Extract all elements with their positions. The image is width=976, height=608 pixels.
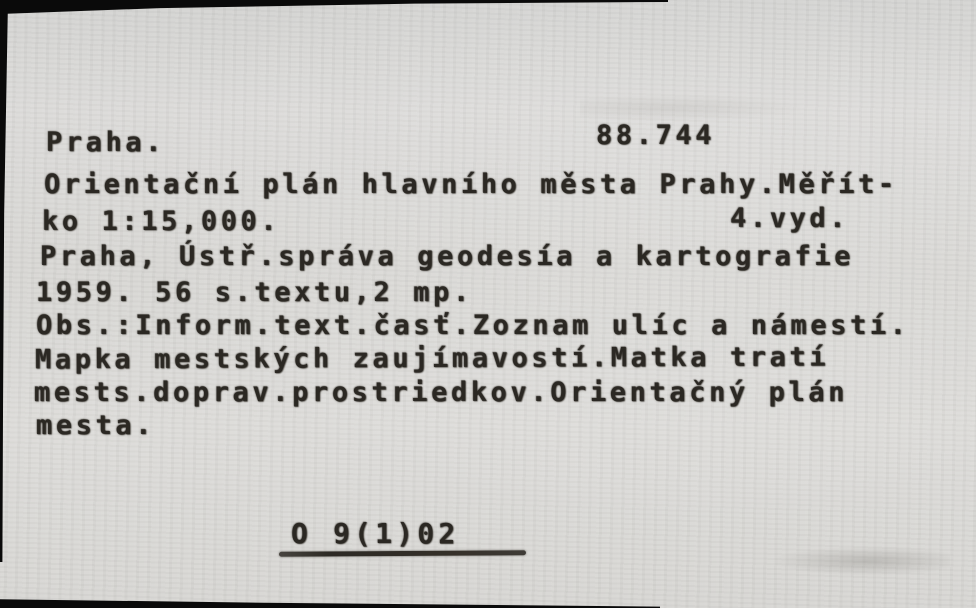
edition-statement: 4.vyd. [730, 203, 849, 234]
call-number: 88.744 [596, 120, 715, 151]
title-line-1: Orientační plán hlavního města Prahy.Měř… [44, 169, 898, 200]
catalog-card-scan: 88.744 Praha. Orientační plán hlavního m… [0, 0, 976, 608]
imprint-line-1: Praha, Ústř.správa geodesía a kartografi… [40, 241, 854, 272]
scan-smudge [580, 95, 800, 121]
title-line-2: ko 1:15,000. [42, 206, 280, 237]
note-line-3: mests.doprav.prostriedkov.Orientačný plá… [34, 377, 848, 408]
note-line-1: Obs.:Inform.text.časť.Zoznam ulíc a náme… [36, 310, 910, 341]
shelf-mark: O 9(1)02 [291, 517, 459, 550]
note-line-4: mesta. [36, 410, 155, 441]
imprint-line-2: 1959. 56 s.textu,2 mp. [36, 277, 473, 308]
heading: Praha. [46, 127, 165, 158]
scan-smudge [770, 546, 950, 576]
note-line-2: Mapka mestských zaujímavostí.Matka tratí [35, 342, 829, 376]
